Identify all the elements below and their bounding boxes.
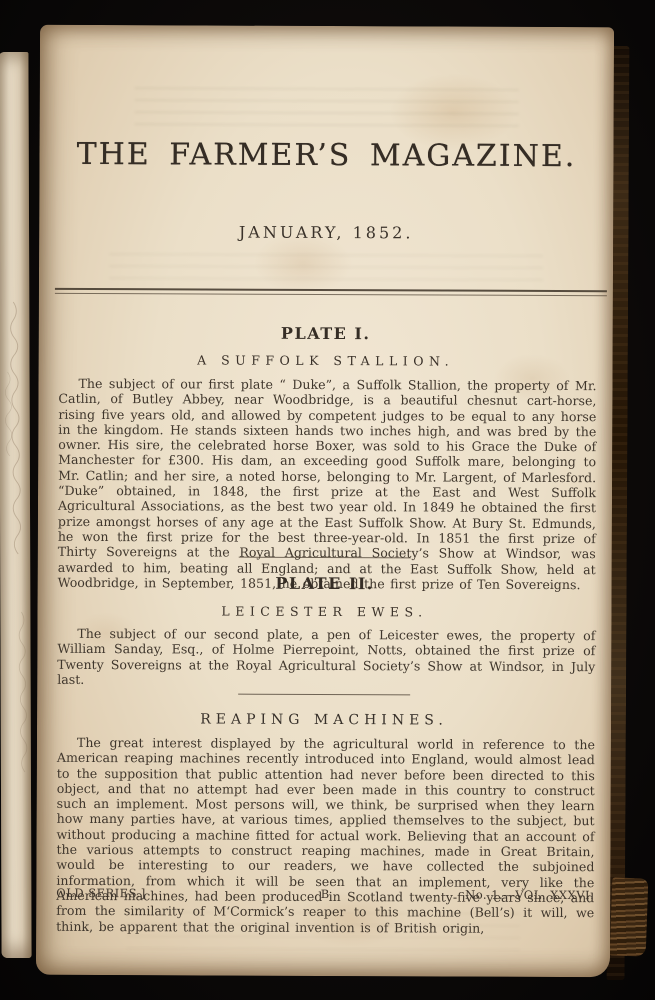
section-body-reaping-machines: The great interest displayed by the agri… — [56, 735, 595, 936]
page-block-corner — [610, 877, 649, 956]
footer-issue-volume: No. 1.—VOL. XXXVI. — [415, 887, 594, 902]
fore-edge-previous-page — [0, 52, 32, 958]
section-heading-plate-2: PLATE II. — [38, 573, 612, 595]
footer-signature-mark: B — [236, 887, 415, 902]
issue-date: JANUARY, 1852. — [39, 222, 613, 244]
section-subheading-leicester-ewes: LEICESTER EWES. — [37, 603, 611, 621]
section-divider-rule — [238, 694, 410, 696]
footer-series-note: OLD SERIES.] — [56, 886, 235, 901]
section-body-plate-2: The subject of our second plate, a pen o… — [57, 626, 595, 690]
magazine-title: THE FARMER’S MAGAZINE. — [39, 137, 613, 175]
section-body-plate-1: The subject of our first plate “ Duke”, … — [58, 376, 597, 593]
magazine-page: THE FARMER’S MAGAZINE. JANUARY, 1852. PL… — [36, 25, 614, 977]
page-footer: OLD SERIES.] B No. 1.—VOL. XXXVI. — [56, 886, 594, 904]
page-content: THE FARMER’S MAGAZINE. JANUARY, 1852. PL… — [36, 25, 614, 977]
section-heading-plate-1: PLATE I. — [39, 323, 613, 345]
fore-edge-handwriting-marks — [0, 52, 32, 958]
section-subheading-suffolk-stallion: A SUFFOLK STALLION. — [39, 352, 613, 370]
section-heading-reaping-machines: REAPING MACHINES. — [37, 711, 611, 730]
book-photo-background: THE FARMER’S MAGAZINE. JANUARY, 1852. PL… — [0, 0, 655, 1000]
double-rule-divider — [55, 288, 607, 296]
